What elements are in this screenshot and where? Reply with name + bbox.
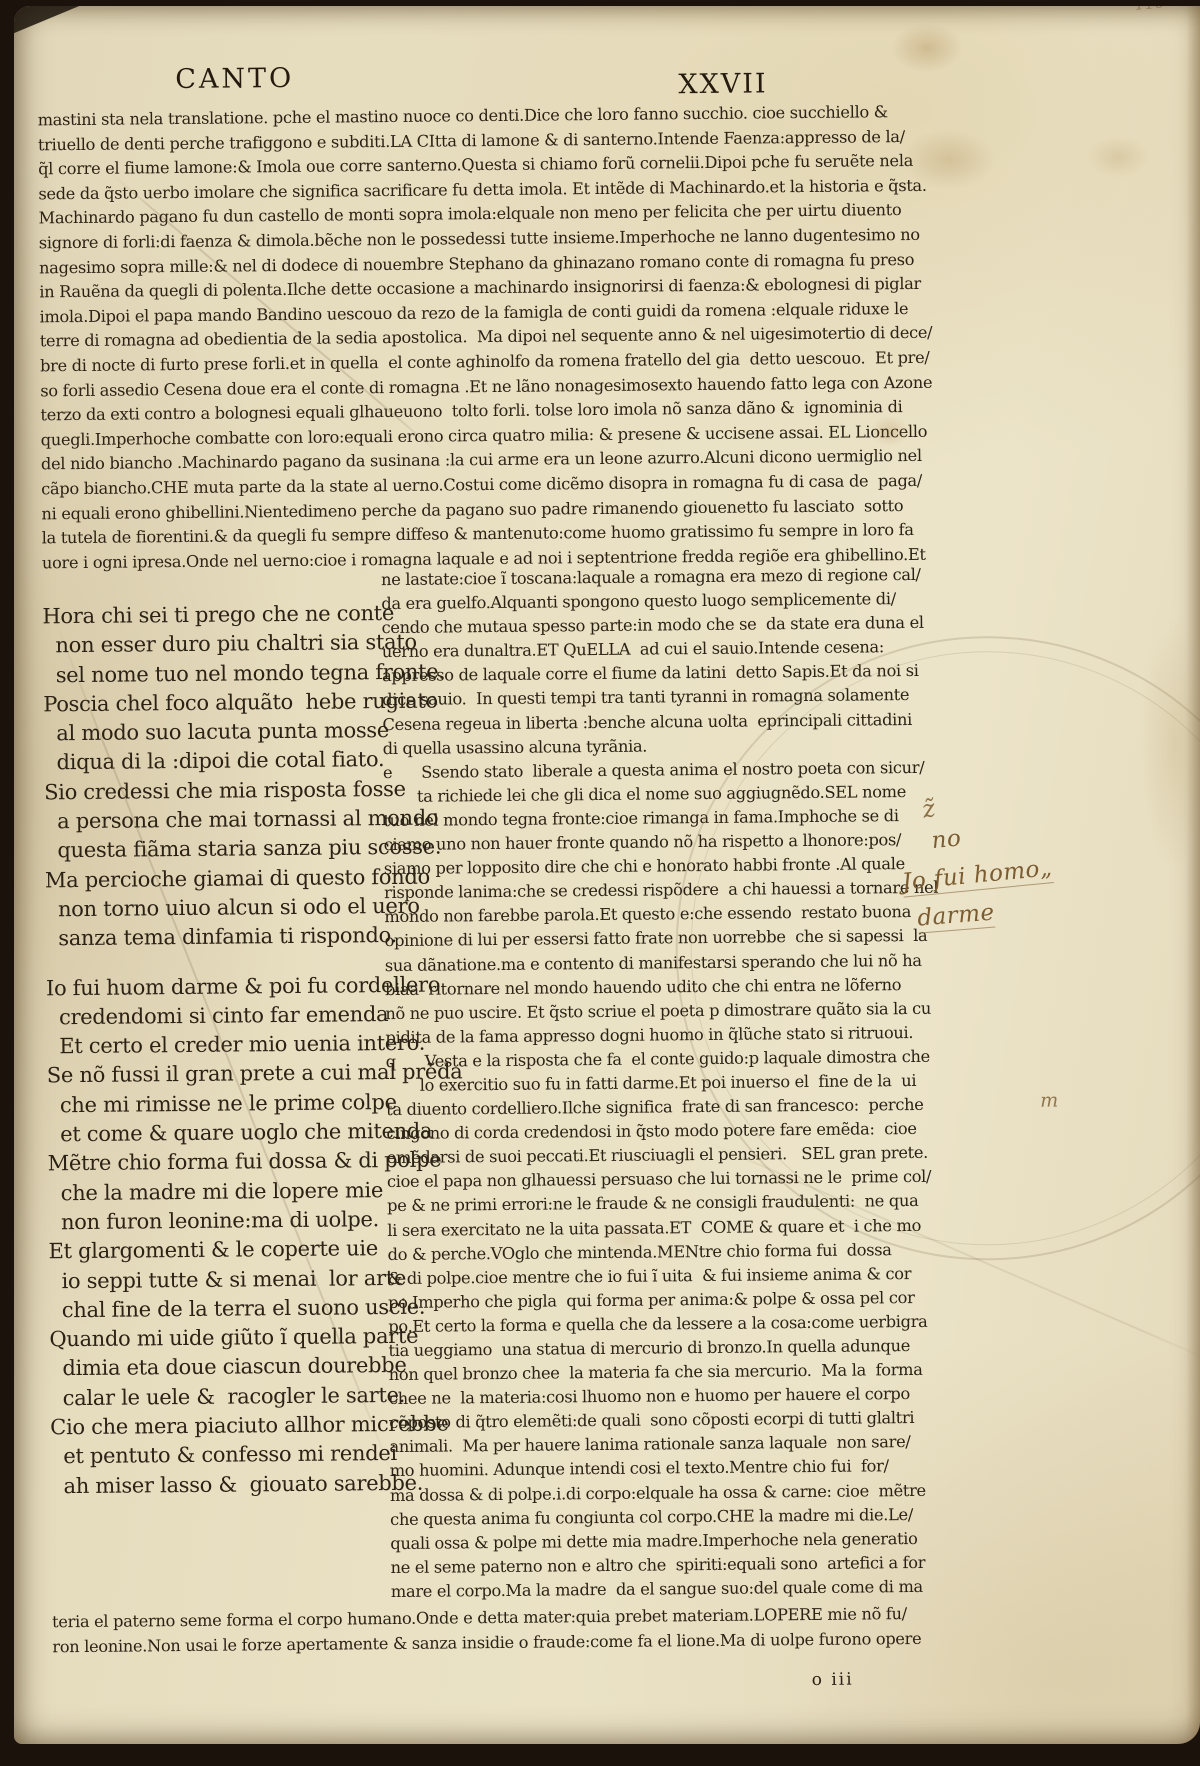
bottom-commentary-block: teria el paterno seme forma el corpo hum… xyxy=(52,1601,942,1660)
paper-stain xyxy=(890,22,964,73)
running-header-canto: CANTO xyxy=(175,63,294,95)
paper-stain xyxy=(1085,135,1151,180)
marginalia-note-no: no xyxy=(930,825,962,854)
scanned-book-photo: CANTO XXVII 110 mastini sta nela transla… xyxy=(0,0,1200,1766)
marginalia-note-m: m xyxy=(1040,1090,1059,1112)
top-commentary-block: mastini sta nela translatione. pche el m… xyxy=(38,100,922,576)
page-content: CANTO XXVII 110 mastini sta nela transla… xyxy=(14,6,1200,1744)
running-header-canto-number: XXVII xyxy=(678,68,768,100)
marginalia-note-darme: darme xyxy=(916,900,995,934)
book-page: CANTO XXVII 110 mastini sta nela transla… xyxy=(14,6,1200,1744)
quire-signature-mark: o iii xyxy=(812,1670,854,1690)
commentary-column: ne lastate:cioe ĩ toscana:laquale a roma… xyxy=(381,563,939,1604)
handwritten-folio-number: 110 xyxy=(1134,6,1165,14)
page-corner-shadow xyxy=(14,6,84,34)
paper-stain xyxy=(1137,614,1200,875)
text-line: mare el corpo.Ma la madre da el sangue s… xyxy=(391,1575,939,1604)
